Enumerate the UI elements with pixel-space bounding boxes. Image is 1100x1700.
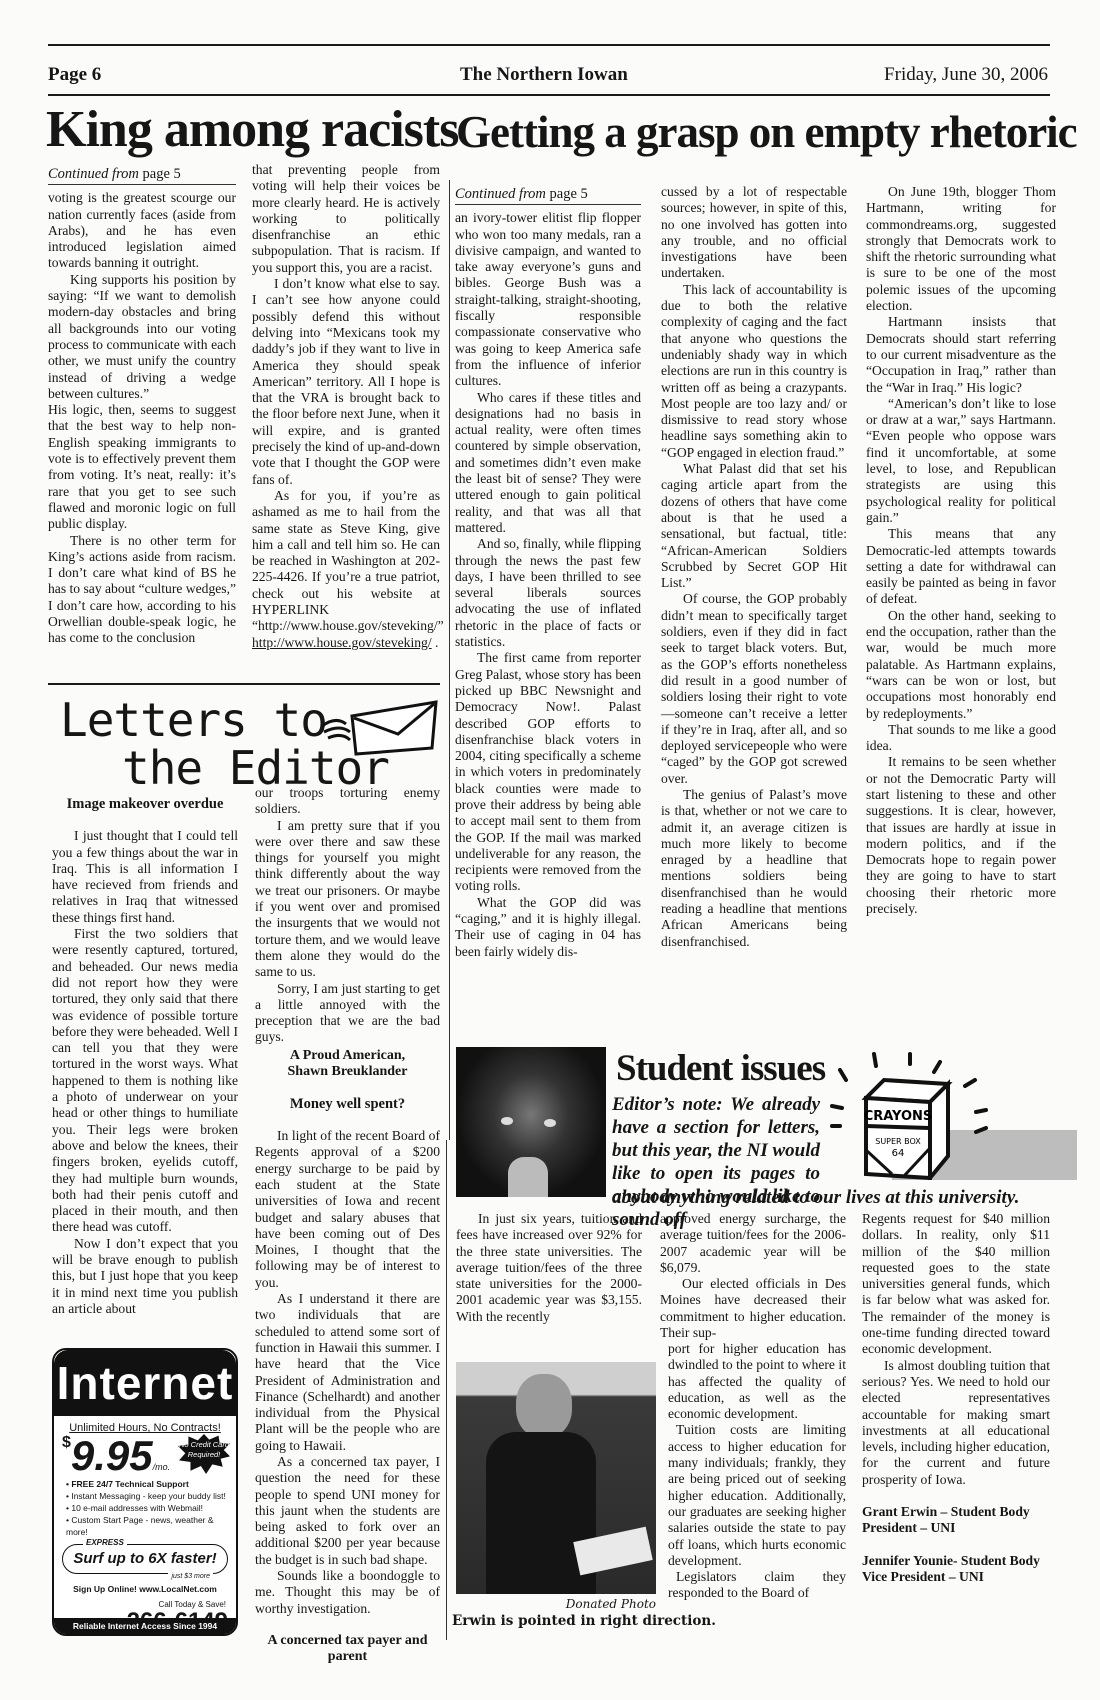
letter1-col2: our troops torturing enemy soldiers. I a… [255, 785, 440, 1665]
student-issues-col2-upper: Our elected officials in Des Moines have… [660, 1276, 846, 1341]
express-badge: EXPRESS Surf up to 6X faster! just $3 mo… [62, 1544, 228, 1574]
student-issues-col1: In just six years, tuition and fees have… [456, 1211, 642, 1325]
student-issues-col3: Regents request for $40 million dollars.… [862, 1211, 1050, 1585]
no-credit-card-starburst: No Credit Card Required! [178, 1434, 230, 1474]
letter1-title: Image makeover overdue [52, 796, 238, 812]
ad-signup[interactable]: Sign Up Online! www.LocalNet.com [54, 1584, 236, 1594]
svg-text:SUPER BOX: SUPER BOX [875, 1137, 921, 1146]
letter1-col1: Image makeover overdue I just thought th… [52, 796, 238, 1317]
masthead-bottom-rule [48, 94, 1050, 96]
letter2-signature: A concerned tax payer and parent [255, 1633, 440, 1665]
continued-from: Continued from page 5 [48, 166, 236, 185]
column-divider [449, 180, 450, 1140]
rhetoric-article-col2: cussed by a lot of respectable sources; … [661, 184, 847, 950]
masthead-top-rule [48, 44, 1050, 46]
king-headline: King among racists [46, 104, 458, 156]
ad-features: FREE 24/7 Technical Support Instant Mess… [54, 1478, 236, 1538]
svg-text:64: 64 [892, 1148, 905, 1159]
letter2-title: Money well spent? [255, 1096, 440, 1112]
continued-from: Continued from page 5 [455, 186, 641, 205]
king-article-col1: Continued from page 5 voting is the grea… [48, 166, 236, 647]
ad-price: $9.95/mo. No Credit Card Required! [62, 1434, 236, 1478]
king-article-col2: that preventing people from voting will … [252, 162, 440, 651]
rhetoric-headline: Getting a grasp on empty rhetoric [456, 110, 1077, 155]
crayon-box-illustration: CRAYONS SUPER BOX 64 [780, 1040, 1080, 1180]
rhetoric-article-col1: Continued from page 5 an ivory-tower eli… [455, 186, 641, 960]
king-article-bottom-rule [48, 683, 440, 685]
photo-credit: Donated Photo [456, 1597, 656, 1611]
signature-jennifer-younie: Jennifer Younie- Student Body Vice Presi… [862, 1553, 1050, 1586]
page-number: Page 6 [48, 64, 101, 86]
signature-grant-erwin: Grant Erwin – Student Body President – U… [862, 1504, 1050, 1537]
paper-name: The Northern Iowan [460, 64, 628, 86]
steveking-website-link[interactable]: http://www.house.gov/steveking/ [252, 635, 432, 650]
envelope-icon [320, 696, 440, 760]
panther-photo [456, 1047, 606, 1197]
editor-note-tail: about anything related to our lives at t… [612, 1186, 1019, 1209]
svg-text:CRAYONS: CRAYONS [864, 1109, 933, 1124]
photo-caption: Erwin is pointed in right direction. [452, 1613, 716, 1629]
localnet-internet-ad[interactable]: Internet Unlimited Hours, No Contracts! … [52, 1348, 238, 1636]
student-issues-col2-wrap: port for higher education has dwindled t… [668, 1341, 846, 1602]
rhetoric-article-col3: On June 19th, blogger Thom Hartmann, wri… [866, 184, 1056, 917]
student-issues-col2-top: approved energy surcharge, the average t… [660, 1211, 846, 1276]
issue-date: Friday, June 30, 2006 [884, 64, 1048, 86]
ad-headline: Internet [54, 1350, 236, 1416]
letter1-signature: A Proud American, Shawn Breuklander [255, 1048, 440, 1080]
letters-divider [446, 1140, 447, 1640]
ad-footer: Reliable Internet Access Since 1994 [54, 1618, 236, 1634]
erwin-photo [456, 1362, 656, 1594]
